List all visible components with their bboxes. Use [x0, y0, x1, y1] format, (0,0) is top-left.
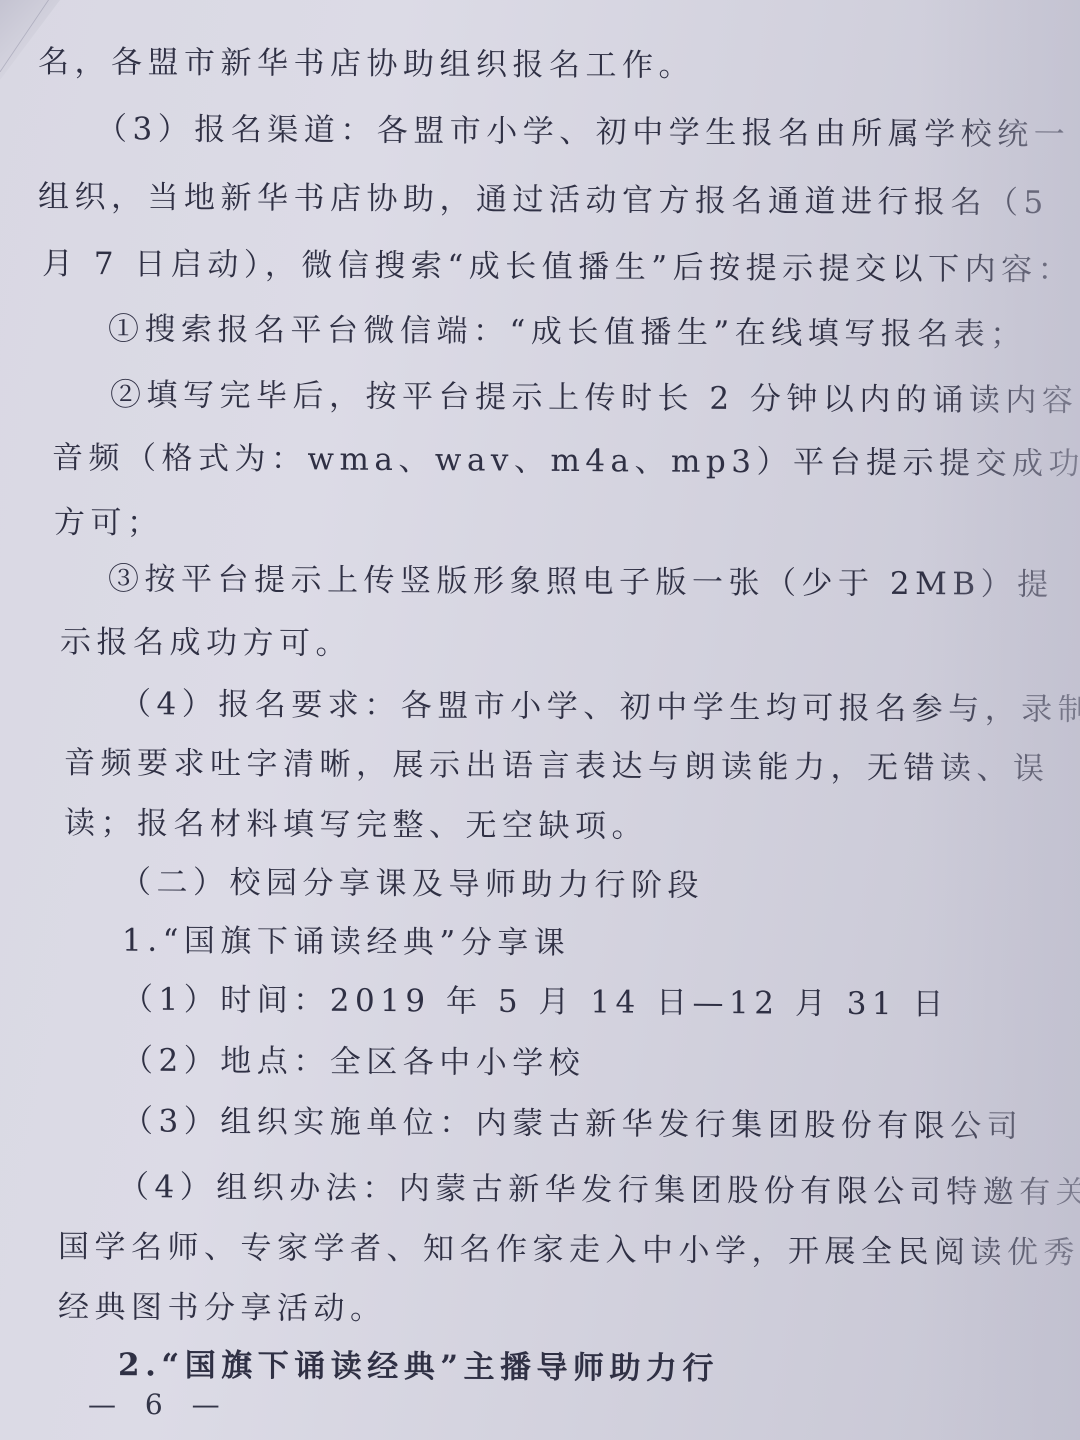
section-heading-registration-channel: （3）报名渠道：各盟市小学、初中学生报名由所属学校统一 [96, 109, 1070, 155]
paragraph-line: 组织，当地新华书店协助，通过活动官方报名通道进行报名（5 [38, 177, 1049, 223]
detail-location: （2）地点：全区各中小学校 [122, 1041, 585, 1084]
paragraph-line: 经典图书分享活动。 [58, 1287, 387, 1329]
paragraph-line: 名，各盟市新华书店协助组织报名工作。 [38, 42, 695, 86]
subsection-heading-mentor-tour: 2.“国旗下诵读经典”主播导师助力行 [118, 1345, 719, 1389]
detail-method: （4）组织办法：内蒙古新华发行集团股份有限公司特邀有关 [118, 1167, 1080, 1213]
paragraph-line: 音频要求吐字清晰，展示出语言表达与朗读能力，无错读、误 [64, 743, 1050, 789]
list-item-1: ①搜索报名平台微信端：“成长值播生”在线填写报名表； [108, 309, 1027, 355]
list-item-3: ③按平台提示上传竖版形象照电子版一张（少于 2MB）提 [108, 559, 1054, 605]
detail-time: （1）时间：2019 年 5 月 14 日—12 月 31 日 [122, 979, 949, 1024]
paragraph-line: 国学名师、专家学者、知名作家走入中小学，开展全民阅读优秀 [58, 1227, 1080, 1273]
detail-organizer: （3）组织实施单位：内蒙古新华发行集团股份有限公司 [122, 1101, 1023, 1147]
paragraph-line: 读；报名材料填写完整、无空缺项。 [64, 803, 648, 847]
paragraph-line: 月 7 日启动），微信搜索“成长值播生”后按提示提交以下内容： [42, 244, 1074, 290]
paragraph-line: 方可； [54, 503, 164, 544]
paragraph-line: 音频（格式为：wma、wav、m4a、mp3）平台提示提交成功 [52, 438, 1080, 484]
page-number: — 6 — [88, 1388, 230, 1421]
list-item-2: ②填写完毕后，按平台提示上传时长 2 分钟以内的诵读内容 [110, 375, 1078, 421]
subsection-heading-sharing-class: 1.“国旗下诵读经典”分享课 [122, 921, 570, 964]
section-heading-campus-stage: （二）校园分享课及导师助力行阶段 [120, 862, 704, 906]
paragraph-line: 示报名成功方可。 [60, 622, 352, 664]
section-heading-registration-requirements: （4）报名要求：各盟市小学、初中学生均可报名参与，录制 [120, 684, 1080, 730]
